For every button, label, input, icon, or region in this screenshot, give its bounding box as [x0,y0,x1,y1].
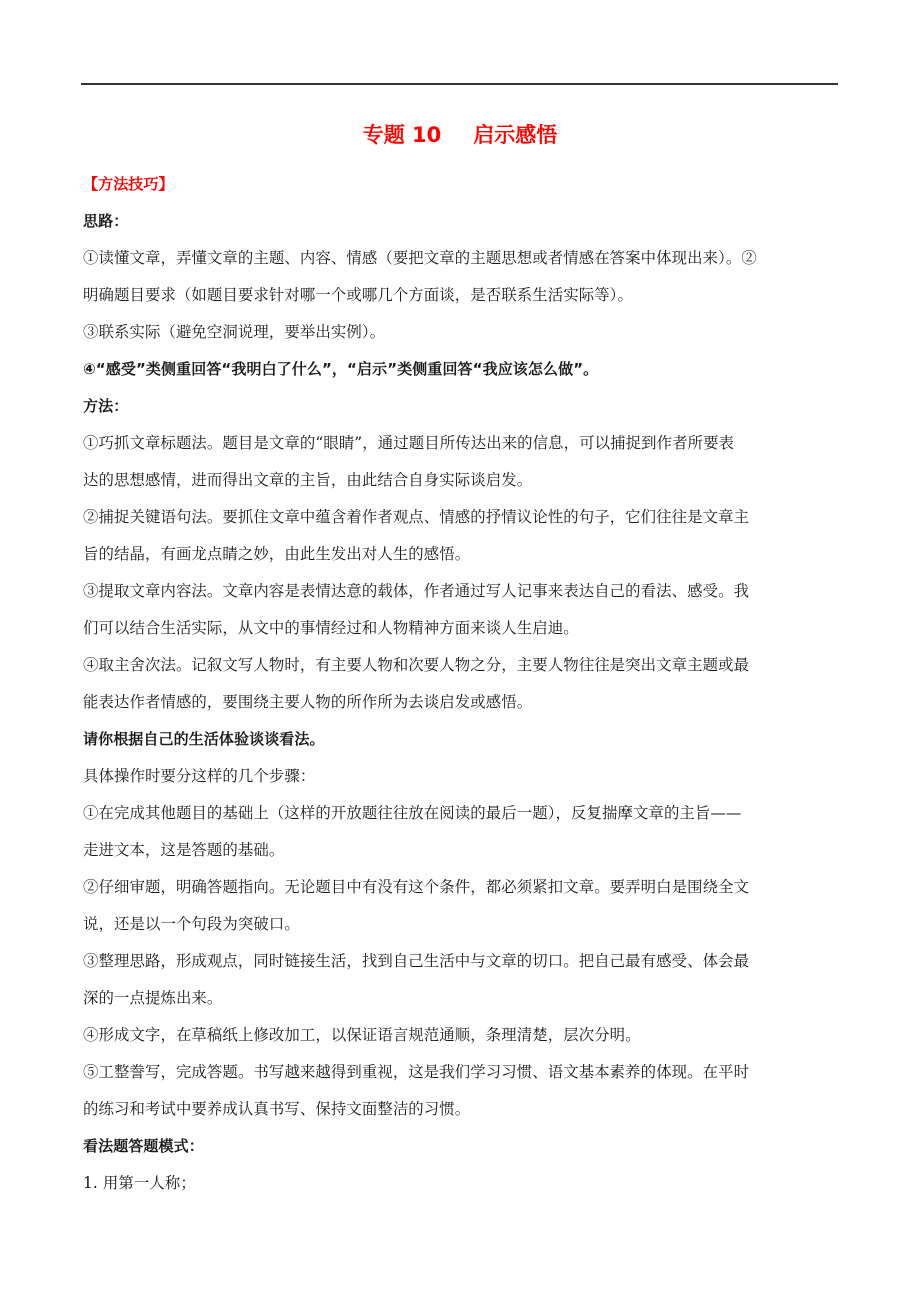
paragraph-line: ③提取文章内容法。文章内容是表情达意的载体，作者通过写人记事来表达自己的看法、感… [83,573,840,610]
paragraph-line: ②捕捉关键语句法。要抓住文章中蕴含着作者观点、情感的抒情议论性的句子，它们往往是… [83,499,840,536]
section-subheading: 看法题答题模式： [83,1128,840,1165]
paragraph-line: 说，还是以一个句段为突破口。 [83,906,840,943]
paragraph-line: ①在完成其他题目的基础上（这样的开放题往往放在阅读的最后一题），反复揣摩文章的主… [83,795,840,832]
paragraph-line: 的练习和考试中要养成认真书写、保持文面整洁的习惯。 [83,1091,840,1128]
title-main: 启示感悟 [473,123,557,147]
paragraph-line: 们可以结合生活实际，从文中的事情经过和人物精神方面来谈人生启迪。 [83,610,840,647]
paragraph-line: 能表达作者情感的，要围绕主要人物的所作所为去谈启发或感悟。 [83,684,840,721]
header-rule [81,83,838,85]
paragraph-line: ④取主舍次法。记叙文写人物时，有主要人物和次要人物之分，主要人物往往是突出文章主… [83,647,840,684]
section-subheading: 方法： [83,388,840,425]
paragraph-line: ⑤工整誊写，完成答题。书写越来越得到重视，这是我们学习习惯、语文基本素养的体现。… [83,1054,840,1091]
page-title: 专题 10启示感悟 [0,120,920,150]
document-body: 【方法技巧】 思路：①读懂文章，弄懂文章的主题、内容、情感（要把文章的主题思想或… [83,166,840,1202]
paragraph-line: 走进文本，这是答题的基础。 [83,832,840,869]
paragraph-line: 达的思想感情，进而得出文章的主旨，由此结合自身实际谈启发。 [83,462,840,499]
paragraph-line: 旨的结晶，有画龙点睛之妙，由此生发出对人生的感悟。 [83,536,840,573]
paragraph-line: ①读懂文章，弄懂文章的主题、内容、情感（要把文章的主题思想或者情感在答案中体现出… [83,240,840,277]
paragraph-line: 1. 用第一人称； [83,1165,840,1202]
paragraph-line: 深的一点提炼出来。 [83,980,840,1017]
section-subheading: ④“感受”类侧重回答“我明白了什么”，“启示”类侧重回答“我应该怎么做”。 [83,351,840,388]
paragraph-line: 具体操作时要分这样的几个步骤： [83,758,840,795]
section-subheading: 思路： [83,203,840,240]
paragraph-line: ③整理思路，形成观点，同时链接生活，找到自己生活中与文章的切口。把自己最有感受、… [83,943,840,980]
title-prefix: 专题 10 [363,123,442,147]
section-subheading: 请你根据自己的生活体验谈谈看法。 [83,721,840,758]
paragraph-line: ②仔细审题，明确答题指向。无论题目中有没有这个条件，都必须紧扣文章。要弄明白是围… [83,869,840,906]
paragraph-line: ①巧抓文章标题法。题目是文章的“眼睛”，通过题目所传达出来的信息，可以捕捉到作者… [83,425,840,462]
paragraph-line: ③联系实际（避免空洞说理，要举出实例）。 [83,314,840,351]
paragraph-line: 明确题目要求（如题目要求针对哪一个或哪几个方面谈，是否联系生活实际等）。 [83,277,840,314]
section-header: 【方法技巧】 [83,166,840,203]
paragraph-line: ④形成文字，在草稿纸上修改加工，以保证语言规范通顺，条理清楚，层次分明。 [83,1017,840,1054]
paragraph-list: 思路：①读懂文章，弄懂文章的主题、内容、情感（要把文章的主题思想或者情感在答案中… [83,203,840,1202]
